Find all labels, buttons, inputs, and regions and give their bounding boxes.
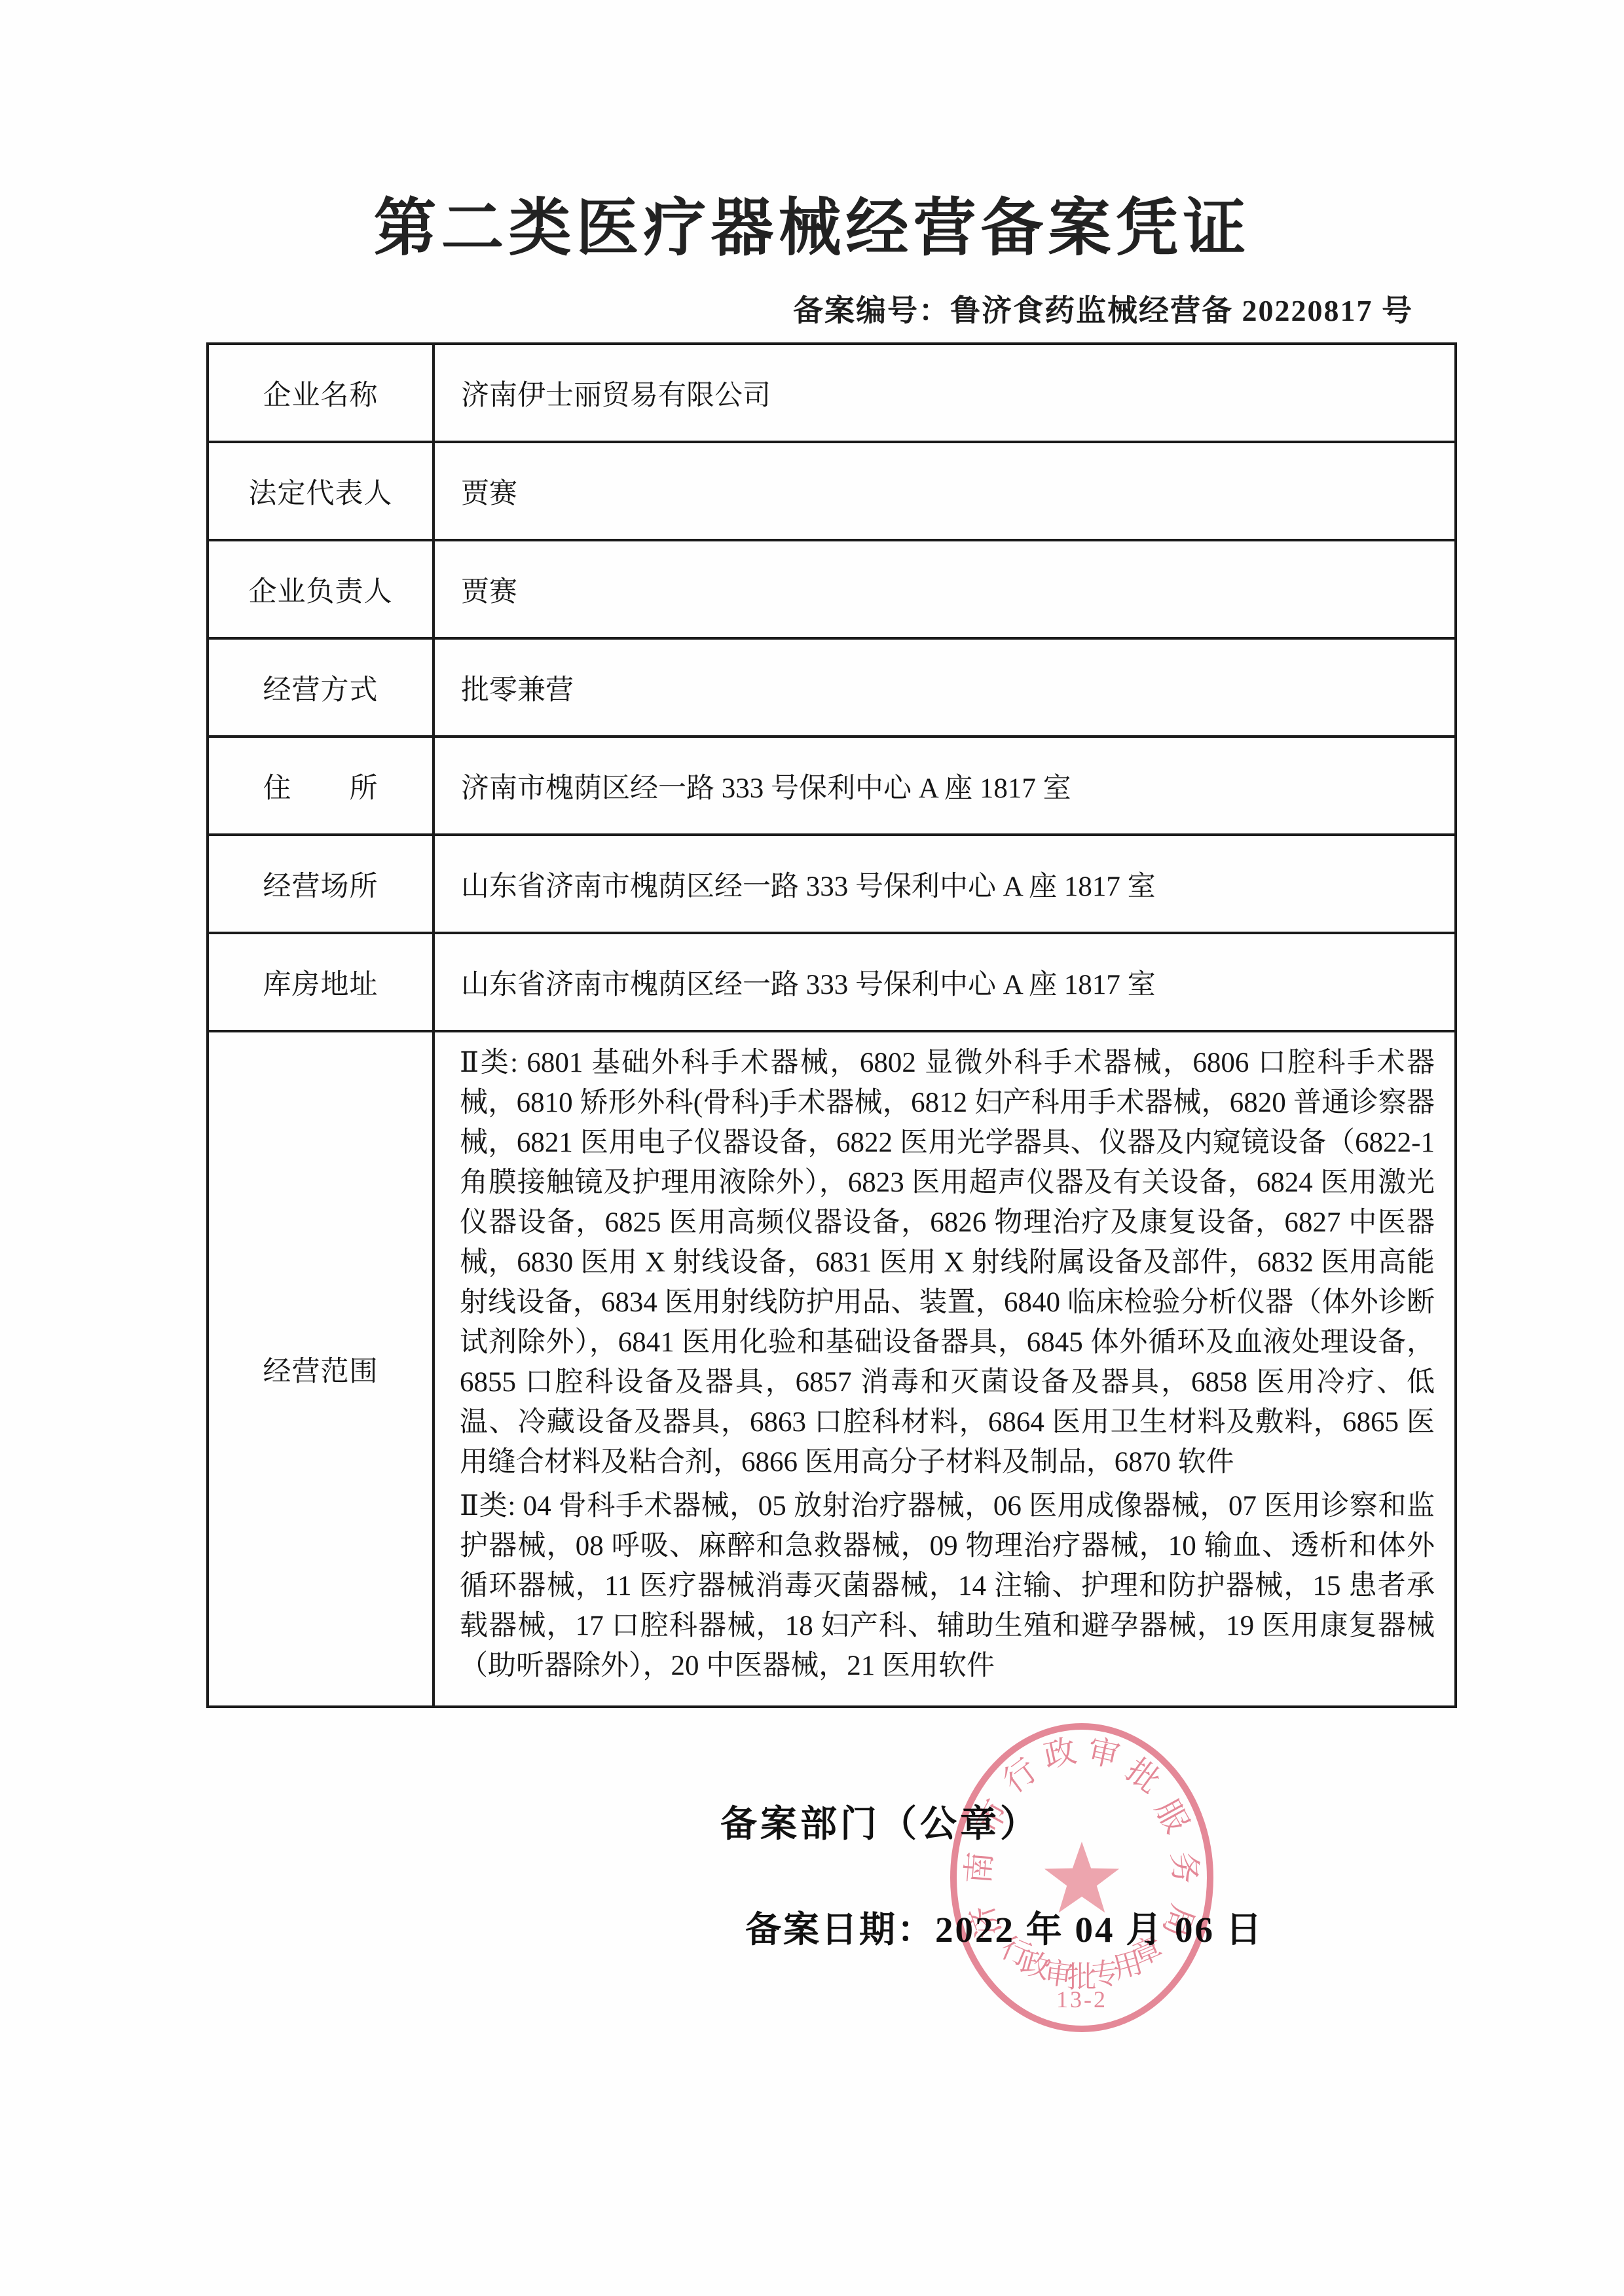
company-name-value: 济南伊士丽贸易有限公司 [434, 344, 1456, 442]
seal-top-text-char: 南 [960, 1850, 999, 1885]
company-name-label: 企业名称 [208, 344, 434, 442]
scope-paragraph-new-codes: Ⅱ类: 04 骨科手术器械，05 放射治疗器械，06 医用成像器械，07 医用诊… [435, 1482, 1454, 1686]
scope-paragraph-old-codes: Ⅱ类: 6801 基础外科手术器械，6802 显微外科手术器械，6806 口腔科… [435, 1032, 1454, 1482]
table-row-business-mode: 经营方式 批零兼营 [208, 638, 1456, 737]
residence-label: 住 所 [208, 737, 434, 835]
certificate-table: 企业名称 济南伊士丽贸易有限公司 法定代表人 贾赛 企业负责人 贾赛 经营方式 … [206, 342, 1457, 1708]
warehouse-address-value: 山东省济南市槐荫区经一路 333 号保利中心 A 座 1817 室 [434, 933, 1456, 1031]
residence-value: 济南市槐荫区经一路 333 号保利中心 A 座 1817 室 [434, 737, 1456, 835]
seal-top-text-char: 政 [1041, 1732, 1080, 1774]
table-row-company-name: 企业名称 济南伊士丽贸易有限公司 [208, 344, 1456, 442]
warehouse-address-label: 库房地址 [208, 933, 434, 1031]
table-row-enterprise-head: 企业负责人 贾赛 [208, 540, 1456, 638]
table-row-legal-representative: 法定代表人 贾赛 [208, 442, 1456, 540]
table-row-business-scope: 经营范围 Ⅱ类: 6801 基础外科手术器械，6802 显微外科手术器械，680… [208, 1031, 1456, 1707]
business-mode-label: 经营方式 [208, 638, 434, 737]
seal-top-text-char: 审 [1084, 1732, 1123, 1774]
seal-top-text-char: 局 [1156, 1900, 1200, 1942]
seal-top-text-char: 市 [969, 1794, 1016, 1839]
table-row-warehouse-address: 库房地址 山东省济南市槐荫区经一路 333 号保利中心 A 座 1817 室 [208, 933, 1456, 1031]
seal-top-text-char: 服 [1149, 1794, 1196, 1839]
star-icon [1044, 1842, 1119, 1913]
official-seal: 13-2 济南市行政审批服务局行政审批专用章 [944, 1714, 1219, 2041]
enterprise-head-value: 贾赛 [434, 540, 1456, 638]
legal-representative-label: 法定代表人 [208, 442, 434, 540]
seal-top-text-char: 务 [1165, 1850, 1204, 1885]
business-scope-label: 经营范围 [208, 1031, 434, 1707]
certificate-page: 第二类医疗器械经营备案凭证 备案编号：鲁济食药监械经营备 20220817 号 … [0, 0, 1624, 2296]
table-row-business-premises: 经营场所 山东省济南市槐荫区经一路 333 号保利中心 A 座 1817 室 [208, 835, 1456, 933]
legal-representative-value: 贾赛 [434, 442, 1456, 540]
business-premises-value: 山东省济南市槐荫区经一路 333 号保利中心 A 座 1817 室 [434, 835, 1456, 933]
enterprise-head-label: 企业负责人 [208, 540, 434, 638]
business-scope-value: Ⅱ类: 6801 基础外科手术器械，6802 显微外科手术器械，6806 口腔科… [434, 1031, 1456, 1707]
business-premises-label: 经营场所 [208, 835, 434, 933]
filing-number: 备案编号：鲁济食药监械经营备 20220817 号 [793, 287, 1413, 330]
business-mode-value: 批零兼营 [434, 638, 1456, 737]
seal-top-text-char: 济 [963, 1900, 1007, 1942]
page-title: 第二类医疗器械经营备案凭证 [39, 178, 1585, 268]
table-row-residence: 住 所 济南市槐荫区经一路 333 号保利中心 A 座 1817 室 [208, 737, 1456, 835]
